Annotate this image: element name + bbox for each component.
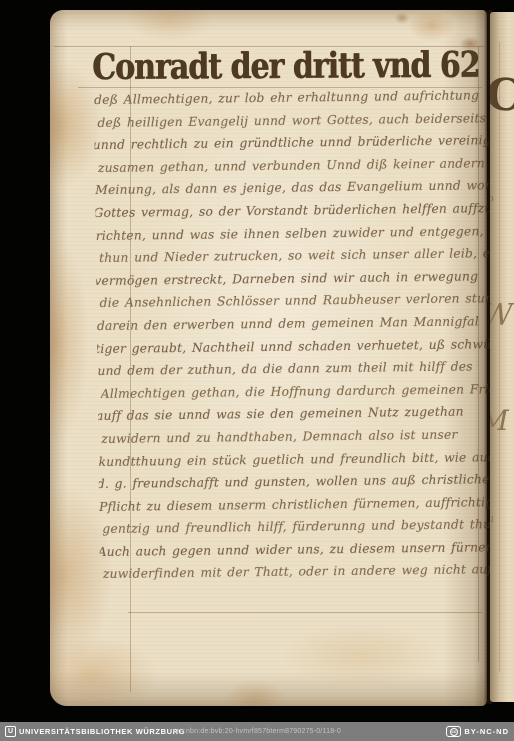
facing-page-letter-fragment: C — [490, 69, 514, 121]
facing-page-edge: CWMbu — [490, 12, 514, 702]
manuscript-text-line: zuwiderfinden mit der Thatt, oder in and… — [103, 559, 494, 586]
facing-page-ruled-line — [499, 42, 500, 672]
footer-bar: U UNIVERSITÄTSBIBLIOTHEK WÜRZBURG urn:nb… — [0, 722, 514, 741]
library-name: UNIVERSITÄTSBIBLIOTHEK WÜRZBURG — [19, 727, 185, 736]
facing-page-letter-fragment: M — [490, 404, 509, 437]
cc-circle-glyph: cc — [450, 728, 458, 736]
library-brand[interactable]: U UNIVERSITÄTSBIBLIOTHEK WÜRZBURG — [5, 726, 185, 737]
manuscript-page-scan: Conradt der dritt vnd 62 Bischof deß All… — [50, 10, 487, 706]
library-logo-icon: U — [5, 726, 16, 737]
ruled-line-bottom — [128, 612, 482, 613]
facing-page-letter-fragment: W — [490, 298, 513, 333]
handwritten-text-block: deß Allmechtigen, zur lob ehr erhaltunng… — [94, 84, 494, 599]
facing-page-letter-fragment: u — [490, 512, 494, 525]
cc-license-badge[interactable]: cc BY-NC-ND — [446, 726, 509, 737]
license-label: BY-NC-ND — [464, 727, 509, 736]
creative-commons-icon: cc — [446, 726, 461, 737]
facing-page-letter-fragment: b — [490, 192, 494, 205]
